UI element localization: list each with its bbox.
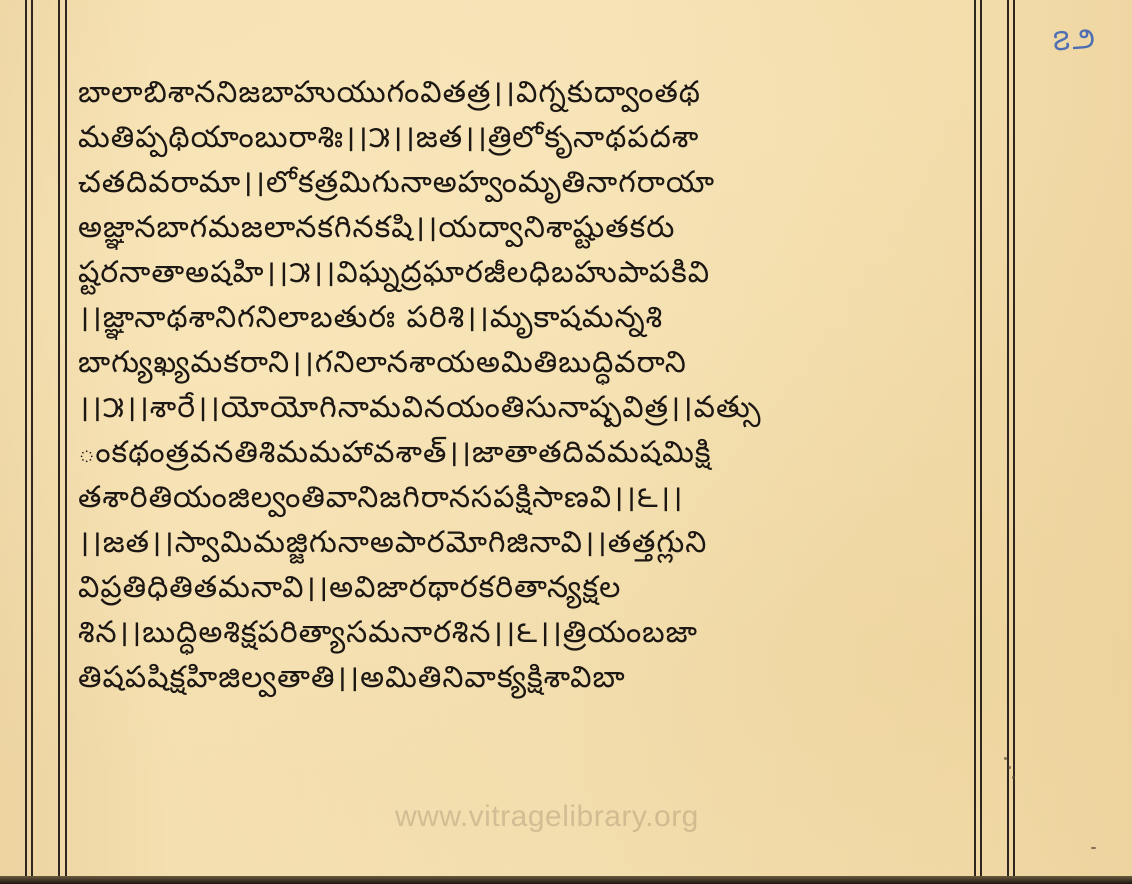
text-line: తశారితియంజిల్వంతివానిజగిరానసపక్షిసాణవి।।… <box>78 475 978 520</box>
text-line: చతదివరామా।।లోకత్రమిగునాఅహ్వంమృతినాగరాయా <box>78 160 978 205</box>
ink-speck <box>1004 757 1007 760</box>
ink-speck <box>1008 766 1011 769</box>
text-line: తిషపషిక్షహిజిల్వతాతి।।అమితినివాక్యక్షిశా… <box>78 655 978 700</box>
text-line: అజ్ఞానబాగమజలానకగినకషి।।యద్వానిశాష్టుతకరు <box>78 205 978 250</box>
left-margin-rule-outer-a <box>25 0 27 876</box>
manuscript-page: ౭౨ బాలాబిశాననిజబాహుయుగంవితత్ర।।విగ్నకుద్… <box>0 0 1132 884</box>
manuscript-text: బాలాబిశాననిజబాహుయుగంవితత్ర।।విగ్నకుద్వాం… <box>78 70 978 700</box>
ink-speck <box>1091 847 1096 849</box>
text-line: విప్రతిధితితమనావి।।అవిజారథారకరితాన్యక్షల <box>78 565 978 610</box>
page-number: ౭౨ <box>1052 21 1099 66</box>
left-margin-rule-inner-a <box>58 0 60 876</box>
watermark: www.vitragelibrary.org <box>395 800 699 834</box>
scan-bottom-edge <box>0 876 1132 884</box>
right-margin-rule-outer-a <box>1007 0 1009 876</box>
ink-speck <box>1012 776 1015 779</box>
text-line: ంకథంత్రవనతిశిమమహావశాత్।।జాతాతదివమషమిక్షి <box>78 430 978 475</box>
right-margin-rule-inner-b <box>980 0 982 876</box>
text-line: మతిప్పథియాంబురాశిః।।౫।।జత।।త్రిలోకృనాథపద… <box>78 115 978 160</box>
text-line: ।।జత।।స్వామిమజ్జిగునాఅపారమోగిజినావి।।తత్… <box>78 520 978 565</box>
text-line: ।।౫।।శారే।।యోయోగినామవినయంతిసునాష్పవిత్ర।… <box>78 385 978 430</box>
text-line: ష్టరనాతాఅషహి।।౫।।విఘ్నద్రఘారజీలధిబహుపాపక… <box>78 250 978 295</box>
text-line: బాగ్యుఖ్యమకరాని।।గనిలానశాయఅమితిబుద్ధివరా… <box>78 340 978 385</box>
text-line: బాలాబిశాననిజబాహుయుగంవితత్ర।।విగ్నకుద్వాం… <box>78 70 978 115</box>
right-margin-rule-outer-b <box>1013 0 1015 876</box>
left-margin-rule-outer-b <box>31 0 33 876</box>
text-line: ।।జ్ఞానాథశానిగనిలాబతురః పరిశి।।మృకాషమన్న… <box>78 295 978 340</box>
text-line: శిన।।బుద్ధిఅశిక్షపరిత్యాసమనారశిన।।౬।।త్ర… <box>78 610 978 655</box>
left-margin-rule-inner-b <box>65 0 67 876</box>
